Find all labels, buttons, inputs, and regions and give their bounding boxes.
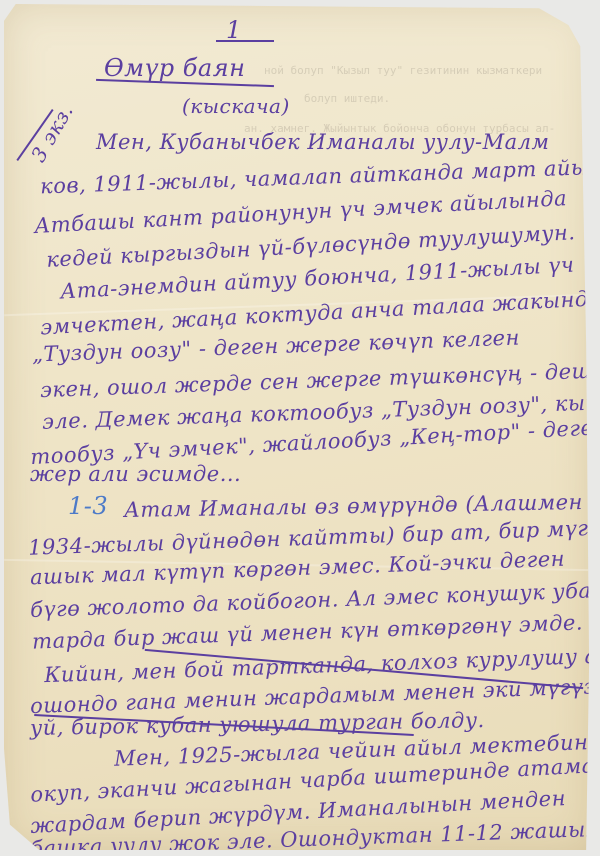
document-subtitle: (кыскача)	[182, 94, 290, 118]
text-line: Атам Иманалы өз өмүрүндө (Алашмен	[124, 490, 583, 522]
text-line: жер али эсимде...	[30, 462, 241, 486]
text-line: Мен, Кубанычбек Иманалы уулу-Малм	[96, 130, 549, 154]
paragraph-marker: 1-3	[68, 492, 108, 520]
paper-sheet: ной болуп "Кызыл туу" гезитинин кызматке…	[4, 4, 592, 850]
page-number-underline	[216, 40, 274, 42]
bleedthrough-text: ной болуп "Кызыл туу" гезитинин кызматке…	[264, 64, 542, 77]
document-title: Өмүр баян	[104, 54, 245, 82]
bleedthrough-text: болуп иштеди.	[304, 92, 390, 105]
